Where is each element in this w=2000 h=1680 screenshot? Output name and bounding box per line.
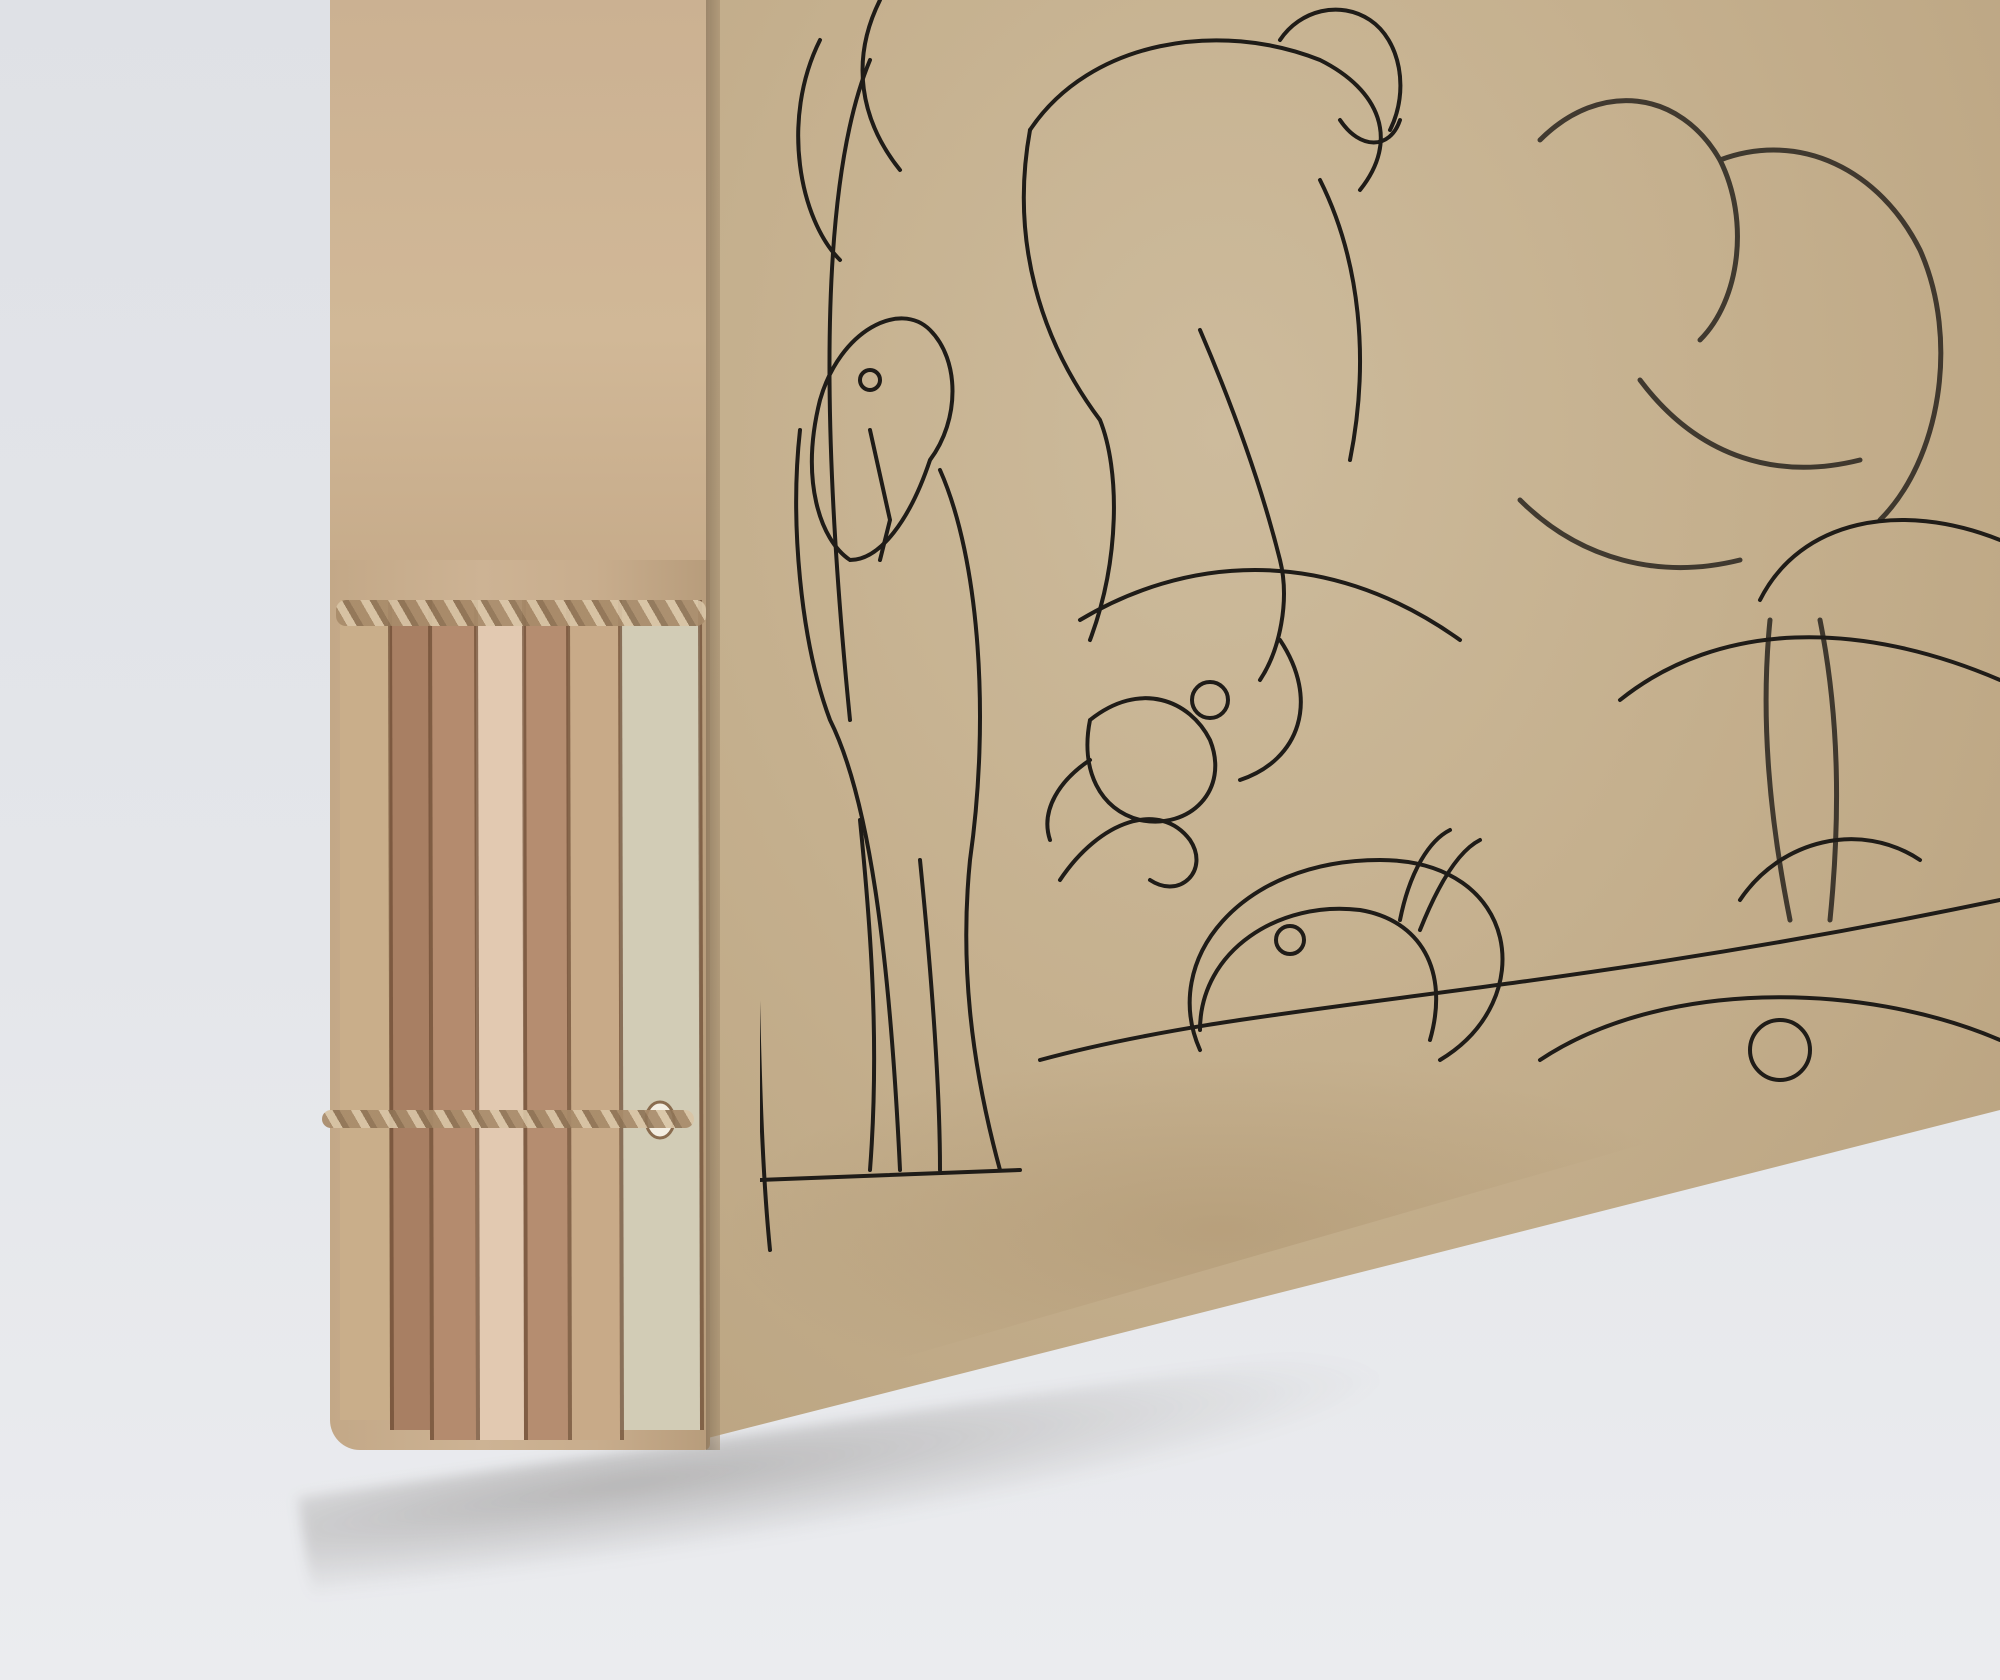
camel-icon [760, 318, 1020, 1250]
exposed-gatherings [320, 560, 710, 1450]
book-photograph [0, 0, 2000, 1680]
cover-hinge [706, 0, 720, 1450]
monkey-icon [1047, 682, 1228, 840]
sewing-band-upper [336, 600, 706, 626]
spine-paper-covering [330, 0, 710, 560]
sewing-band-lower [322, 1110, 694, 1128]
engraved-ornament [760, 0, 2000, 1260]
figure-icon [1520, 101, 1941, 920]
horse-icon [1024, 10, 1401, 680]
